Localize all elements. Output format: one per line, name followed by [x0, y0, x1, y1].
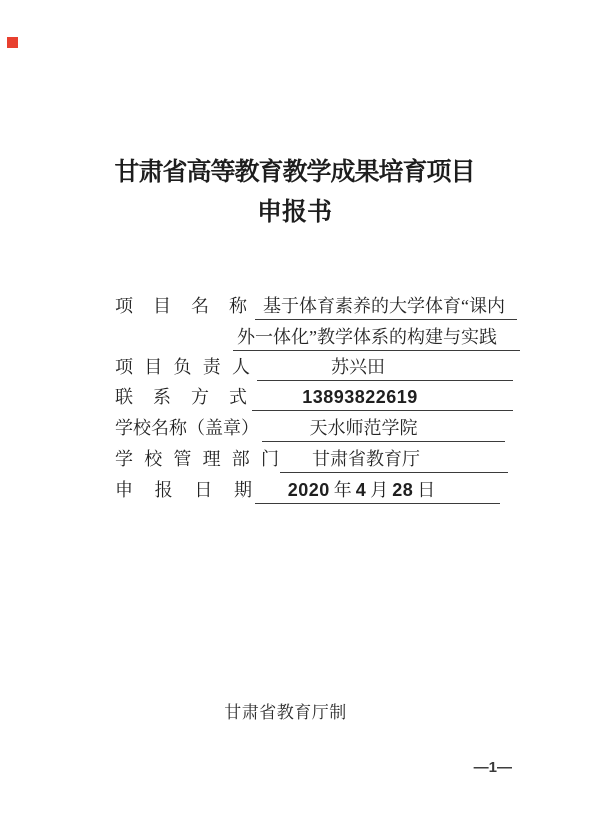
project-leader-value: 苏兴田: [257, 356, 513, 381]
document-title-line1: 甘肃省高等教育教学成果培育项目: [0, 156, 589, 188]
contact-label: 联 系 方 式: [115, 386, 247, 411]
footer-issuer: 甘肃省教育厅制: [0, 698, 571, 723]
form-row-application-date: 申 报 日 期 2020 年 4 月 28 日: [115, 474, 500, 504]
form-row-project-name: 项 目 名 称 基于体育素养的大学体育“课内: [115, 290, 517, 320]
project-name-label: 项 目 名 称: [115, 295, 247, 320]
page-number: —1—: [474, 759, 512, 777]
application-date-label: 申 报 日 期: [115, 479, 252, 504]
form-row-project-leader: 项 目 负 责 人 苏兴田: [115, 351, 513, 381]
form-row-project-name-cont: 外一体化”教学体系的构建与实践: [115, 321, 520, 351]
date-month: 4: [356, 479, 367, 501]
date-day: 28: [392, 479, 413, 501]
project-leader-label: 项 目 负 责 人: [115, 356, 250, 381]
date-day-unit: 日: [417, 479, 435, 501]
red-corner-mark: [7, 37, 18, 48]
form-row-managing-department: 学 校 管 理 部 门 甘肃省教育厅: [115, 443, 508, 473]
date-year-unit: 年: [334, 479, 352, 501]
application-date-value: 2020 年 4 月 28 日: [255, 479, 500, 504]
form-row-school-name: 学校名称（盖章） 天水师范学院: [115, 412, 505, 442]
managing-department-label: 学 校 管 理 部 门: [115, 448, 279, 473]
date-month-unit: 月: [370, 479, 388, 501]
project-name-value-line2: 外一体化”教学体系的构建与实践: [233, 326, 520, 351]
date-year: 2020: [288, 479, 330, 501]
document-title-line2: 申报书: [0, 196, 589, 228]
contact-phone-value: 13893822619: [252, 386, 513, 411]
school-name-label: 学校名称（盖章）: [115, 417, 259, 442]
school-name-value: 天水师范学院: [262, 417, 505, 442]
form-row-contact: 联 系 方 式 13893822619: [115, 381, 513, 411]
managing-department-value: 甘肃省教育厅: [280, 448, 508, 473]
project-name-value-line1: 基于体育素养的大学体育“课内: [255, 295, 517, 320]
application-form-cover-page: 甘肃省高等教育教学成果培育项目 申报书 项 目 名 称 基于体育素养的大学体育“…: [0, 0, 589, 840]
